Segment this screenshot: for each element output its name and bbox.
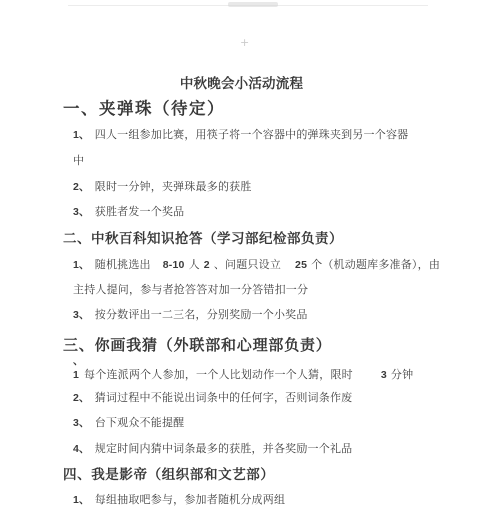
item-number: 1 bbox=[73, 369, 79, 381]
section-heading-2: 二、中秋百科知识抢答（学习部纪检部负责） bbox=[63, 227, 343, 247]
item-text: 猜词过程中不能说出词条中的任何字，否则词条作废 bbox=[95, 392, 353, 404]
section-heading-3: 三、你画我猜（外联部和心理部负责） bbox=[63, 334, 332, 355]
activity-line: 1、随机挑选出8-10人2、问题只设立25个（机动题库多准备），由 bbox=[73, 256, 440, 272]
item-text: 每组抽取吧参与，参加者随机分成两组 bbox=[95, 494, 285, 506]
item-text: 规定时间内猜中词条最多的获胜，并各奖励一个礼品 bbox=[95, 443, 353, 455]
activity-line: 1、四人一组参加比赛，用筷子将一个容器中的弹珠夹到另一个容器 bbox=[73, 126, 408, 142]
item-text: 四人一组参加比赛，用筷子将一个容器中的弹珠夹到另一个容器 bbox=[95, 129, 409, 141]
activity-line: 1、每组抽取吧参与，参加者随机分成两组 bbox=[73, 491, 285, 507]
activity-line: 3、获胜者发一个奖品 bbox=[73, 203, 184, 219]
item-number: 1、 bbox=[73, 129, 90, 141]
item-number: 3、 bbox=[73, 206, 90, 218]
item-text: 中 bbox=[73, 155, 84, 167]
activity-line: 主持人提问，参与者抢答答对加一分答错扣一分 bbox=[73, 281, 308, 297]
activity-line: 3、台下观众不能提醒 bbox=[73, 414, 184, 430]
section-heading-1: 一、夹弹珠（待定） bbox=[63, 95, 225, 119]
item-text: 个（机动题库多准备），由 bbox=[311, 259, 440, 271]
item-text: 台下观众不能提醒 bbox=[95, 417, 185, 429]
inline-number: 25 bbox=[295, 259, 307, 271]
item-text: 获胜者发一个奖品 bbox=[95, 206, 185, 218]
activity-line: 中 bbox=[73, 152, 84, 168]
item-number: 3、 bbox=[73, 417, 90, 429]
crop-mark-icon: + bbox=[240, 36, 249, 49]
item-text: 按分数评出一二三名，分别奖励一个小奖品 bbox=[95, 309, 308, 321]
activity-line: 1每个连派两个人参加，一个人比划动作一个人猜，限时3分钟 bbox=[73, 366, 413, 382]
item-number: 4、 bbox=[73, 443, 90, 455]
inline-number: 8-10 bbox=[163, 259, 185, 271]
item-number: 3、 bbox=[73, 309, 90, 321]
activity-line: 2、猜词过程中不能说出词条中的任何字，否则词条作废 bbox=[73, 389, 352, 405]
item-text: 主持人提问，参与者抢答答对加一分答错扣一分 bbox=[73, 284, 308, 296]
item-number: 1、 bbox=[73, 259, 90, 271]
item-number: 2、 bbox=[73, 181, 90, 193]
activity-line: 2、限时一分钟，夹弹珠最多的获胜 bbox=[73, 178, 252, 194]
section-heading-4: 四、我是影帝（组织部和文艺部） bbox=[63, 463, 275, 483]
inline-number: 3 bbox=[381, 369, 387, 381]
item-text: 、问题只设立 bbox=[214, 259, 281, 271]
item-text: 限时一分钟，夹弹珠最多的获胜 bbox=[95, 181, 252, 193]
activity-line: 4、规定时间内猜中词条最多的获胜，并各奖励一个礼品 bbox=[73, 440, 352, 456]
document-title: 中秋晚会小活动流程 bbox=[0, 72, 483, 92]
item-number: 2、 bbox=[73, 392, 90, 404]
activity-line: 3、按分数评出一二三名，分别奖励一个小奖品 bbox=[73, 306, 308, 322]
scan-smudge bbox=[228, 2, 278, 7]
item-text: 分钟 bbox=[391, 369, 413, 381]
inline-number: 2 bbox=[204, 259, 210, 271]
item-text: 人 bbox=[189, 259, 200, 271]
item-number: 1、 bbox=[73, 494, 90, 506]
item-text: 每个连派两个人参加，一个人比划动作一个人猜，限时 bbox=[84, 369, 353, 381]
item-text: 随机挑选出 bbox=[95, 259, 151, 271]
document-page: + 中秋晚会小活动流程 一、夹弹珠（待定） 1、四人一组参加比赛，用筷子将一个容… bbox=[0, 0, 500, 515]
